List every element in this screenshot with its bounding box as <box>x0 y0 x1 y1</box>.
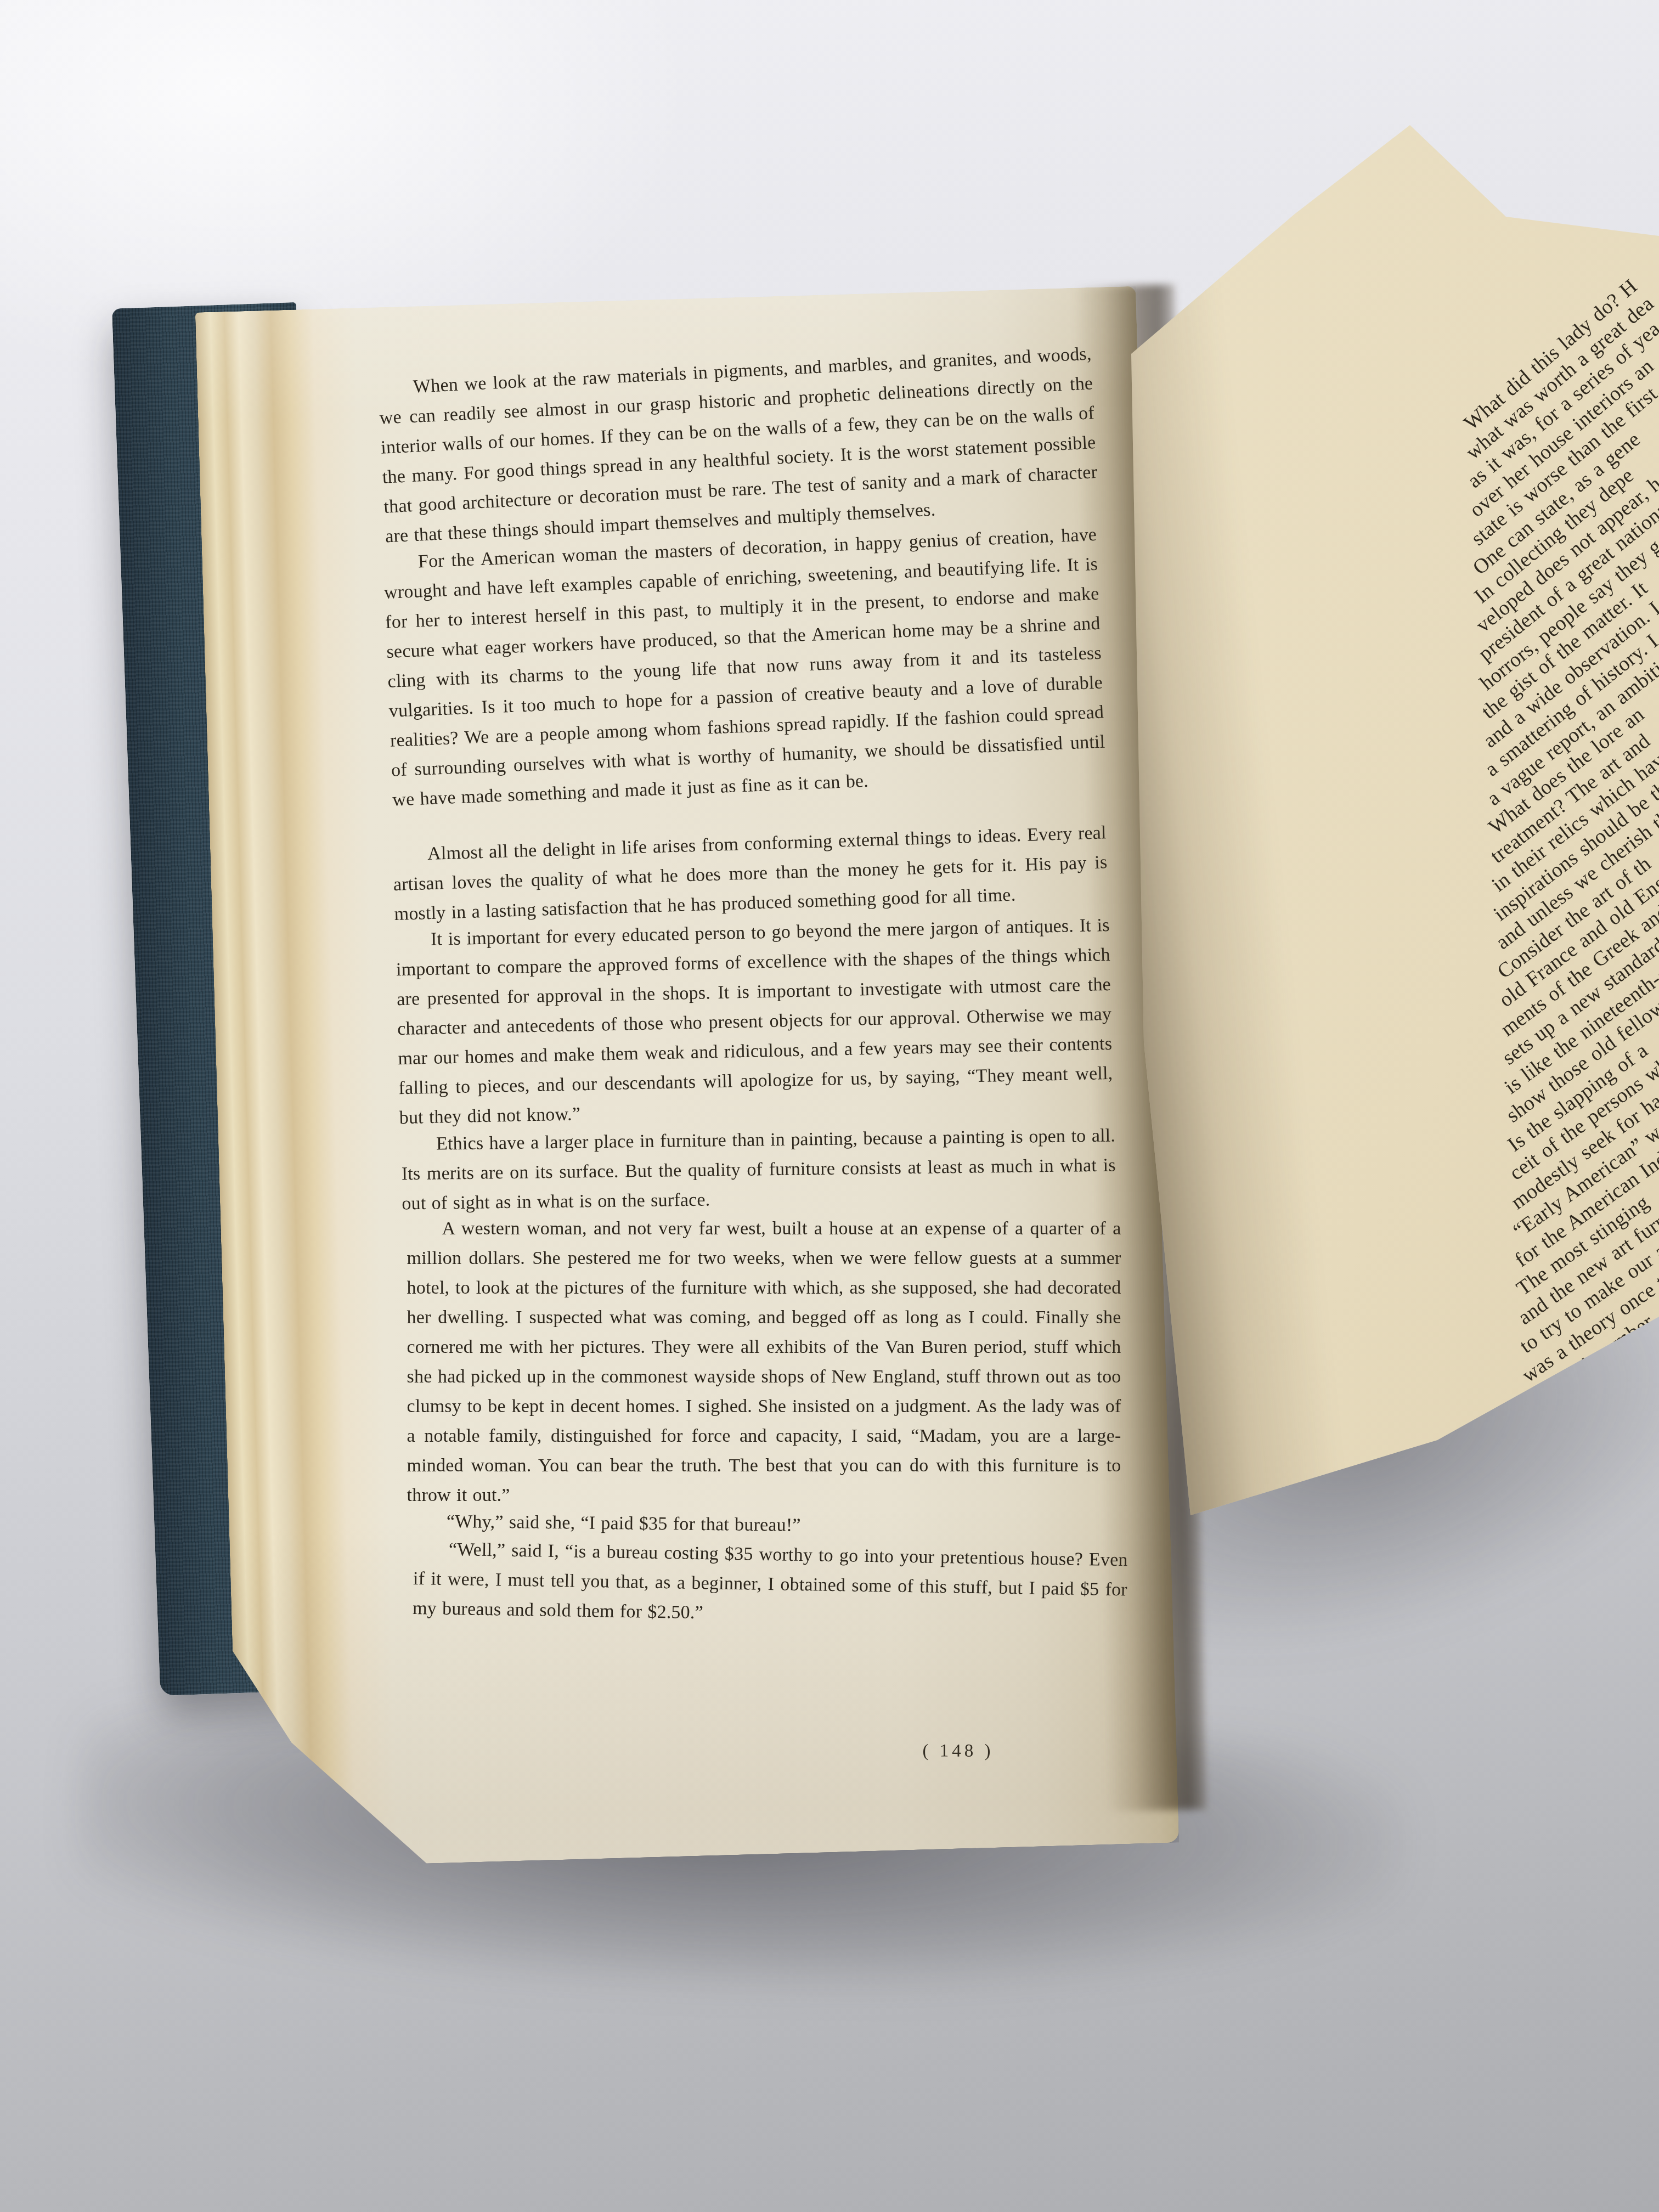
body-paragraph: A western woman, and not very far west, … <box>407 1214 1121 1510</box>
body-paragraph: When we look at the raw materials in pig… <box>377 339 1099 551</box>
body-paragraph: For the American woman the masters of de… <box>382 520 1107 815</box>
book-photo: When we look at the raw materials in pig… <box>0 0 1659 2212</box>
left-page: When we look at the raw materials in pig… <box>195 286 1180 1869</box>
body-paragraph: Ethics have a larger place in furniture … <box>401 1121 1116 1218</box>
body-paragraph: It is important for every educated perso… <box>395 911 1114 1133</box>
page-number: ( 148 ) <box>922 1741 994 1761</box>
left-page-text: When we look at the raw materials in pig… <box>379 347 1128 1639</box>
body-paragraph: “Well,” said I, “is a bureau costing $35… <box>413 1534 1128 1634</box>
